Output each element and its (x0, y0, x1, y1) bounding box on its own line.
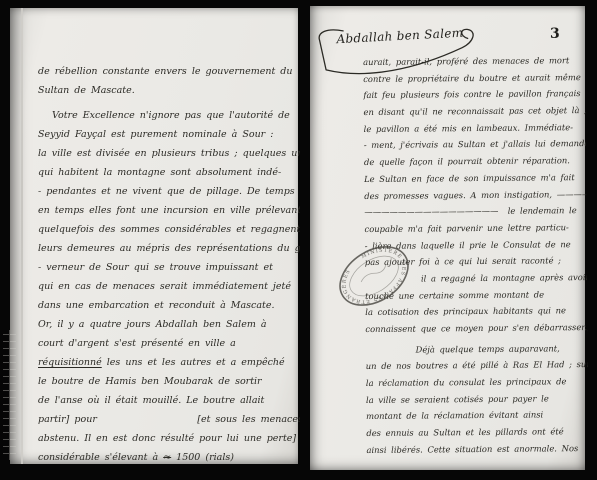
handwritten-line: fait feu plusieurs fois contre le pavill… (363, 85, 585, 104)
handwritten-line: la ville se seraient cotisés pour payer … (366, 390, 588, 409)
handwritten-line: considérable s'élevant à ≈ 1500 (rials) (38, 448, 300, 467)
handwritten-line: dans une embarcation et reconduit à Masc… (38, 296, 300, 315)
handwritten-line: en temps elles font une incursion en vil… (38, 201, 300, 220)
handwritten-line: leurs demeures au mépris des représentat… (38, 239, 300, 258)
handwritten-line: partir] pour [et sous les menaces s'est (38, 410, 300, 429)
page-number: 3 (550, 26, 560, 42)
handwritten-line: qui habitent la montagne sont absolument… (38, 163, 300, 182)
handwritten-line: connaissent que ce moyen pour s'en débar… (365, 319, 587, 338)
handwritten-line: de rébellion constante envers le gouvern… (38, 62, 300, 81)
handwritten-line: Seyyid Fayçal est purement nominale à So… (38, 125, 300, 144)
handwritten-line: en disant qu'il ne reconnaissait pas cet… (363, 102, 585, 121)
handwritten-line: le boutre de Hamis ben Moubarak de sorti… (38, 372, 300, 391)
handwritten-line: court d'argent s'est présenté en ville a (38, 334, 300, 353)
handwritten-line: le pavillon a été mis en lambeaux. Imméd… (364, 119, 586, 138)
handwritten-line: de l'anse où il était mouillé. Le boutre… (38, 391, 300, 410)
underlying-grid-paper-edge (3, 330, 16, 460)
handwritten-line: - pendantes et ne vivent que de pillage.… (38, 182, 300, 201)
handwritten-line: Or, il y a quatre jours Abdallah ben Sal… (38, 315, 300, 334)
handwritten-line: Déjà quelque temps auparavant, (366, 340, 588, 359)
handwritten-line: ———————————————— le lendemain le (364, 202, 586, 221)
handwritten-line: Votre Excellence n'ignore pas que l'auto… (38, 106, 300, 125)
page-crease (21, 8, 23, 464)
handwritten-line: un de nos boutres a été pillé à Ras El H… (366, 356, 588, 375)
handwritten-line: la ville est divisée en plusieurs tribus… (38, 144, 300, 163)
handwritten-line: des promesses vagues. A mon instigation,… (364, 186, 586, 205)
handwritten-line: Le Sultan en face de son impuissance m'a… (364, 169, 586, 188)
archive-stamp: MINISTÈRE DES AFFAIRES ÉTRANGÈRES (332, 236, 416, 316)
handwritten-line: quelquefois des sommes considérables et … (38, 220, 300, 239)
handwritten-line: coupable m'a fait parvenir une lettre pa… (364, 219, 586, 238)
handwritten-line: de quelle façon il pourrait obtenir répa… (364, 152, 586, 171)
handwritten-line: la réclamation du consulat les principau… (366, 373, 588, 392)
left-page-text: de rébellion constante envers le gouvern… (38, 62, 300, 467)
handwritten-line: montant de la réclamation évitant ainsi (366, 406, 588, 425)
handwritten-line: abstenu. Il en est donc résulté pour lui… (38, 429, 300, 448)
handwritten-line: - ment, j'écrivais au Sultan et j'allais… (364, 135, 586, 154)
scanned-document: de rébellion constante envers le gouvern… (0, 0, 597, 480)
handwritten-line: Sultan de Mascate. (38, 81, 300, 100)
ministry-stamp-icon: MINISTÈRE DES AFFAIRES ÉTRANGÈRES (332, 236, 416, 316)
underlined-word: réquisitionné (38, 357, 102, 368)
handwritten-line: contre le propriétaire du boutre et aura… (363, 69, 585, 88)
handwritten-line: ainsi libérés. Cette situation est anorm… (366, 440, 588, 459)
handwritten-line: - verneur de Sour qui se trouve impuissa… (38, 258, 300, 277)
handwritten-line: qui en cas de menaces serait immédiateme… (38, 277, 300, 296)
handwritten-line: aurait, parait-il, proféré des menaces d… (363, 52, 585, 71)
handwritten-line: réquisitionné les uns et les autres et a… (38, 353, 300, 372)
right-page: 3 Abdallah ben Salem aurait, parait-il, … (310, 6, 585, 470)
handwritten-line: des ennuis au Sultan et les pillards ont… (366, 423, 588, 442)
struck-out-word: ≈ (163, 452, 171, 463)
left-page: de rébellion constante envers le gouvern… (10, 8, 298, 464)
